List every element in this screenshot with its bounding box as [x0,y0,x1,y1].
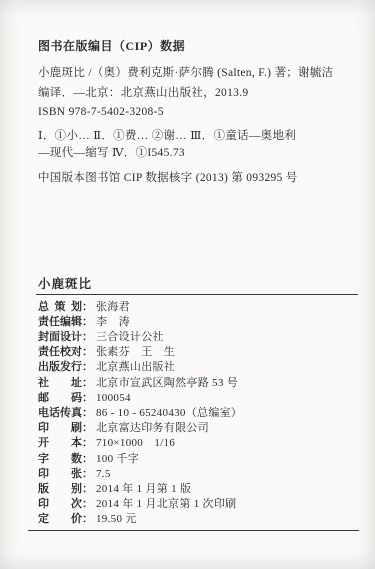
colophon-row-planner: 总策划：张海君 [38,300,357,315]
colophon-value: 张素芬 王 生 [96,346,175,358]
cip-header: 图书在版编目（CIP）数据 [38,38,357,54]
colophon-value: 北京市宣武区陶然亭路 53 号 [96,377,238,389]
colophon-label: 印刷 [38,421,82,436]
colophon-label: 印张 [38,467,82,482]
colophon-row-impression: 印次：2014 年 1 月北京第 1 次印刷 [38,497,357,512]
colophon-value: 张海君 [96,301,130,313]
colophon-row-word-count: 字数：100 千字 [38,452,357,467]
colophon-colon: ： [82,301,93,313]
bottom-rule-divider [28,530,359,531]
colophon-row-cover-design: 封面设计：三合设计公社 [38,330,357,345]
colophon-value: 100054 [96,392,131,404]
colophon-value: 19.50 元 [96,513,137,525]
colophon-label: 邮码 [38,391,82,406]
colophon-section: 小鹿斑比 总策划：张海君 责任编辑：李 涛 封面设计：三合设计公社 责任校对：张… [38,277,357,531]
colophon-row-sheets: 印张：7.5 [38,467,357,482]
colophon-label: 责任编辑 [38,315,82,330]
colophon-colon: ： [82,331,93,343]
colophon-row-publisher: 出版发行：北京燕山出版社 [38,360,357,375]
colophon-value: 7.5 [96,468,111,480]
colophon-colon: ： [82,498,93,510]
colophon-colon: ： [82,422,93,434]
cip-section: 图书在版编目（CIP）数据 小鹿斑比 /（奥）费利克斯·萨尔腾 (Salten,… [38,38,357,187]
cip-classification-line: —现代—缩写 Ⅳ．①I545.73 [38,145,357,163]
colophon-rows: 总策划：张海君 责任编辑：李 涛 封面设计：三合设计公社 责任校对：张素芬 王 … [38,300,357,528]
cip-classification-line: Ⅰ．①小… Ⅱ．①费… ②谢… Ⅲ．①童话—奥地利 [38,128,357,146]
cip-entry-block: 小鹿斑比 /（奥）费利克斯·萨尔腾 (Salten, F.) 著；谢毓洁 编译．… [38,64,357,123]
colophon-colon: ： [82,453,93,465]
colophon-colon: ： [82,316,93,328]
colophon-value: 100 千字 [96,453,139,465]
colophon-value: 710×1000 1/16 [96,437,175,449]
colophon-row-address: 社址：北京市宣武区陶然亭路 53 号 [38,376,357,391]
colophon-value: 李 涛 [96,316,130,328]
book-copyright-page: 图书在版编目（CIP）数据 小鹿斑比 /（奥）费利克斯·萨尔腾 (Salten,… [0,0,375,569]
colophon-colon: ： [82,407,93,419]
colophon-row-phone-fax: 电话传真：86 - 10 - 65240430（总编室） [38,406,357,421]
colophon-row-editor: 责任编辑：李 涛 [38,315,357,330]
colophon-label: 电话传真 [38,406,82,421]
colophon-colon: ： [82,392,93,404]
colophon-colon: ： [82,377,93,389]
colophon-value: 2014 年 1 月第 1 版 [96,483,191,495]
colophon-colon: ： [82,468,93,480]
colophon-value: 北京燕山出版社 [96,361,175,373]
colophon-row-price: 定价：19.50 元 [38,512,357,527]
colophon-row-printer: 印刷：北京富达印务有限公司 [38,421,357,436]
colophon-colon: ： [82,346,93,358]
colophon-row-format: 开本：710×1000 1/16 [38,436,357,451]
colophon-colon: ： [82,483,93,495]
colophon-label: 责任校对 [38,345,82,360]
colophon-label: 总策划 [38,300,82,315]
colophon-label: 版别 [38,482,82,497]
colophon-value: 2014 年 1 月北京第 1 次印刷 [96,498,236,510]
colophon-row-proofreader: 责任校对：张素芬 王 生 [38,345,357,360]
colophon-colon: ： [82,437,93,449]
colophon-value: 北京富达印务有限公司 [96,422,209,434]
cip-classification-block: Ⅰ．①小… Ⅱ．①费… ②谢… Ⅲ．①童话—奥地利 —现代—缩写 Ⅳ．①I545… [38,128,357,163]
title-rule-divider [36,294,358,295]
cip-record-number: 中国版本图书馆 CIP 数据核字 (2013) 第 093295 号 [38,170,357,187]
cip-entry-line: 编译．—北京：北京燕山出版社，2013.9 [38,84,357,104]
colophon-row-postcode: 邮码：100054 [38,391,357,406]
colophon-colon: ： [82,513,93,525]
colophon-label: 出版发行 [38,360,82,375]
cip-entry-line: 小鹿斑比 /（奥）费利克斯·萨尔腾 (Salten, F.) 著；谢毓洁 [38,64,357,84]
colophon-label: 开本 [38,436,82,451]
cip-isbn-line: ISBN 978-7-5402-3208-5 [38,103,357,123]
colophon-label: 定价 [38,512,82,527]
book-title: 小鹿斑比 [38,277,357,291]
colophon-row-edition: 版别：2014 年 1 月第 1 版 [38,482,357,497]
colophon-label: 字数 [38,452,82,467]
colophon-label: 社址 [38,376,82,391]
colophon-colon: ： [82,361,93,373]
colophon-value: 86 - 10 - 65240430（总编室） [96,407,242,419]
colophon-label: 印次 [38,497,82,512]
colophon-value: 三合设计公社 [96,331,164,343]
colophon-label: 封面设计 [38,330,82,345]
